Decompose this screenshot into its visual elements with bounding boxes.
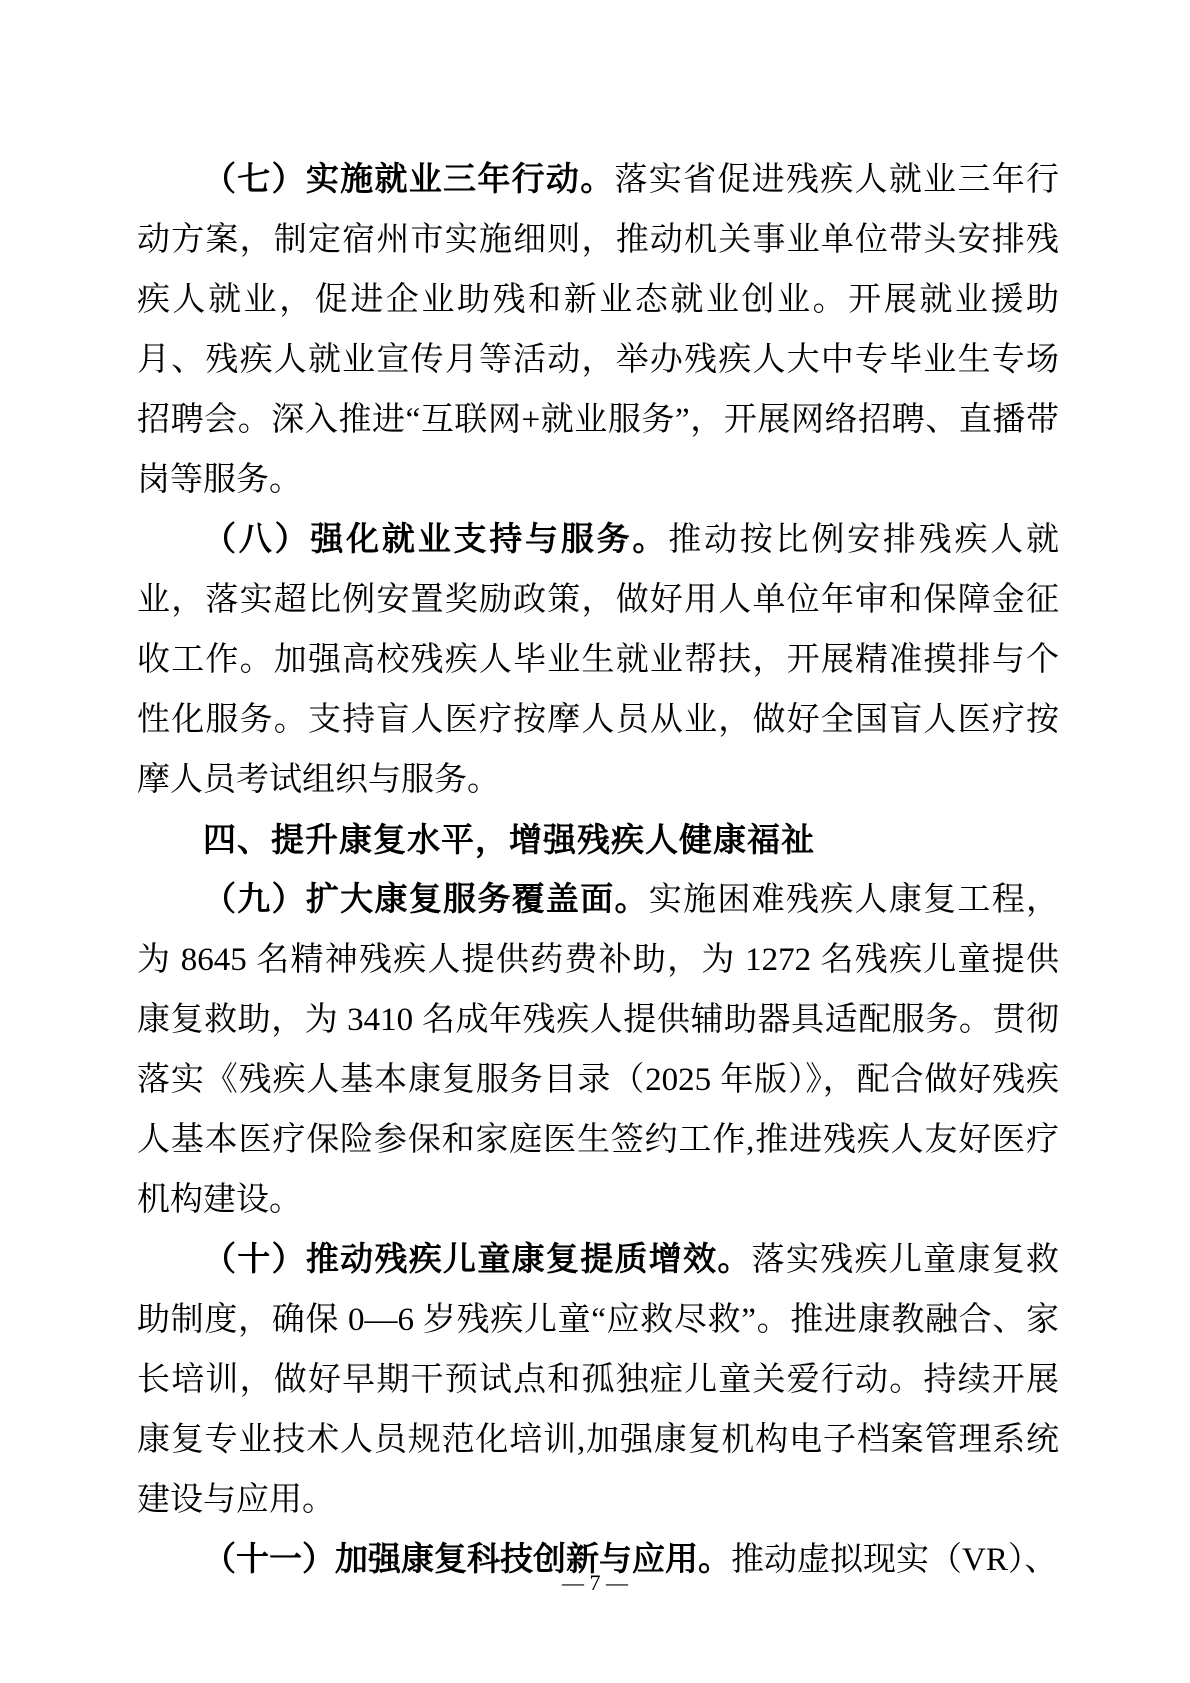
paragraph-item-7: （七）实施就业三年行动。落实省促进残疾人就业三年行动方案，制定宿州市实施细则，推… bbox=[137, 150, 1059, 510]
paragraph-text: 落实省促进残疾人就业三年行动方案，制定宿州市实施细则，推动机关事业单位带头安排残… bbox=[137, 162, 1059, 498]
paragraph-item-8: （八）强化就业支持与服务。推动按比例安排残疾人就业，落实超比例安置奖励政策，做好… bbox=[137, 510, 1059, 810]
paragraph-lead: （十）推动残疾儿童康复提质增效。 bbox=[203, 1242, 752, 1278]
section-heading-4: 四、提升康复水平，增强残疾人健康福祉 bbox=[137, 810, 1059, 870]
document-body: （七）实施就业三年行动。落实省促进残疾人就业三年行动方案，制定宿州市实施细则，推… bbox=[137, 150, 1059, 1590]
paragraph-item-9: （九）扩大康复服务覆盖面。实施困难残疾人康复工程，为 8645 名精神残疾人提供… bbox=[137, 870, 1059, 1230]
paragraph-lead: （八）强化就业支持与服务。 bbox=[203, 522, 668, 558]
document-page: （七）实施就业三年行动。落实省促进残疾人就业三年行动方案，制定宿州市实施细则，推… bbox=[0, 0, 1190, 1683]
paragraph-text: 落实残疾儿童康复救助制度，确保 0—6 岁残疾儿童“应救尽救”。推进康教融合、家… bbox=[137, 1242, 1059, 1518]
page-number: — 7 — bbox=[0, 1568, 1190, 1598]
paragraph-text: 实施困难残疾人康复工程，为 8645 名精神残疾人提供药费补助，为 1272 名… bbox=[137, 882, 1059, 1218]
paragraph-lead: （七）实施就业三年行动。 bbox=[203, 162, 615, 198]
paragraph-lead: （九）扩大康复服务覆盖面。 bbox=[203, 882, 649, 918]
paragraph-item-10: （十）推动残疾儿童康复提质增效。落实残疾儿童康复救助制度，确保 0—6 岁残疾儿… bbox=[137, 1230, 1059, 1530]
paragraph-text: 推动按比例安排残疾人就业，落实超比例安置奖励政策，做好用人单位年审和保障金征收工… bbox=[137, 522, 1059, 798]
